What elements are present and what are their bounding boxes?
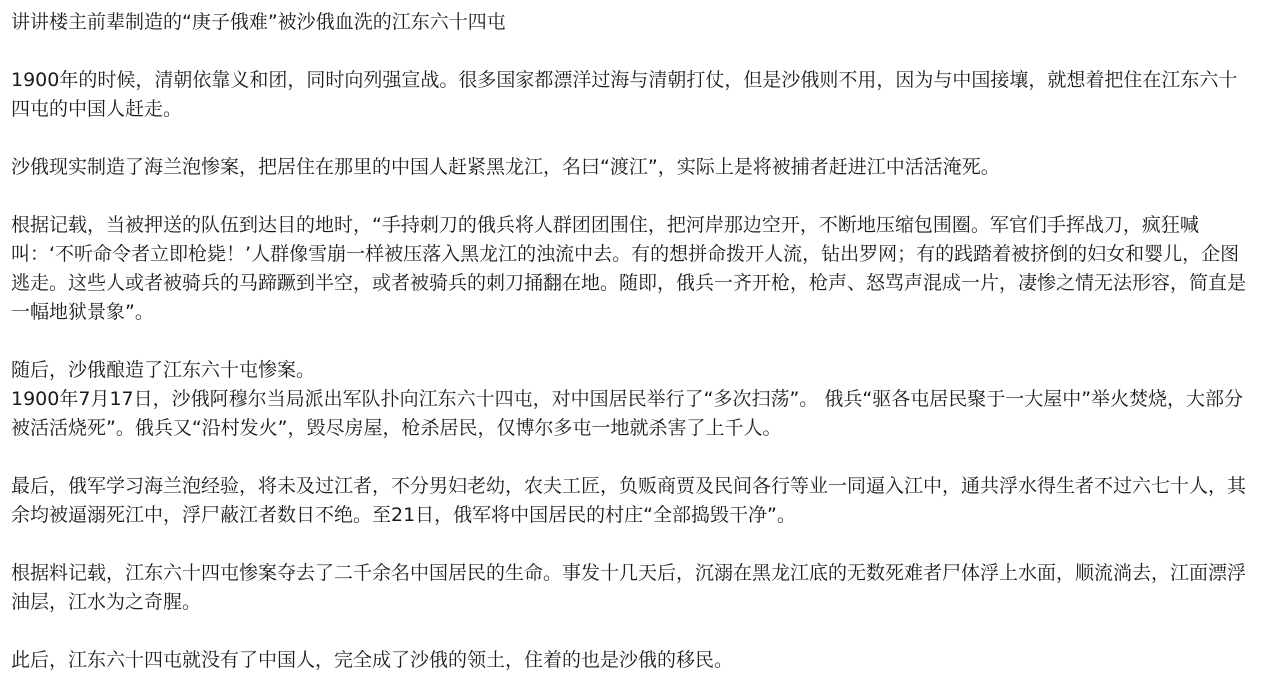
paragraph-sixty-four-villages-intro: 随后，沙俄酿造了江东六十屯惨案。 bbox=[11, 356, 1256, 385]
paragraph-blagoveshchensk-massacre: 沙俄现实制造了海兰泡惨案，把居住在那里的中国人赶紧黑龙江，名曰“渡江”，实际上是… bbox=[11, 153, 1256, 182]
paragraph-drowning-in-river: 最后，俄军学习海兰泡经验，将未及过江者，不分男妇老幼，农夫工匠，负贩商贾及民间各… bbox=[11, 472, 1256, 530]
article-body: 讲讲楼主前辈制造的“庚子俄难”被沙俄血洗的江东六十四屯 1900年的时候，清朝依… bbox=[0, 0, 1262, 675]
paragraph-eyewitness-record: 根据记载，当被押送的队伍到达目的地时，“手持刺刀的俄兵将人群团团围住，把河岸那边… bbox=[11, 211, 1256, 327]
paragraph-aftermath: 此后，江东六十四屯就没有了中国人，完全成了沙俄的领土，住着的也是沙俄的移民。 bbox=[11, 646, 1256, 675]
paragraph-death-toll: 根据料记载，江东六十四屯惨案夺去了二千余名中国居民的生命。事发十几天后，沉溺在黑… bbox=[11, 559, 1256, 617]
paragraph-declaration-of-war: 1900年的时候，清朝依靠义和团，同时向列强宣战。很多国家都漂洋过海与清朝打仗，… bbox=[11, 66, 1256, 124]
paragraph-july-17-raid: 1900年7月17日，沙俄阿穆尔当局派出军队扑向江东六十四屯，对中国居民举行了“… bbox=[11, 385, 1256, 443]
article-title: 讲讲楼主前辈制造的“庚子俄难”被沙俄血洗的江东六十四屯 bbox=[11, 8, 1256, 37]
